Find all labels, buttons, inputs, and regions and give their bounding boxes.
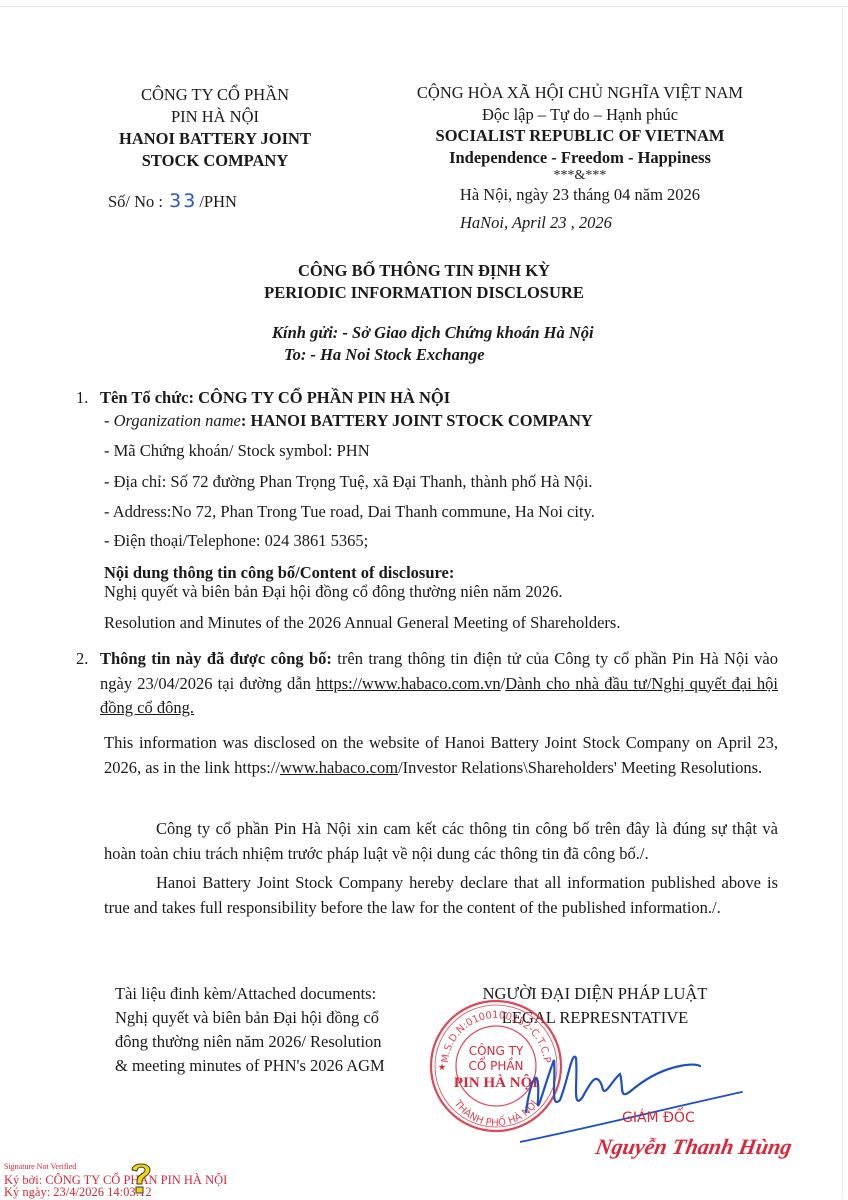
org-label: Tên Tổ chức: [100,388,194,407]
recipient-en-label: To: - [284,345,316,364]
org-name-en: - Organization name: HANOI BATTERY JOINT… [104,409,593,433]
attached-documents: Tài liệu đinh kèm/Attached documents: Ng… [115,982,395,1078]
svg-text:CÔNG TY: CÔNG TY [469,1043,524,1058]
org-name-vn: Tên Tổ chức: CÔNG TY CỔ PHẦN PIN HÀ NỘI [100,386,450,410]
page-top-edge [0,6,848,7]
title-vn: CÔNG BỐ THÔNG TIN ĐỊNH KỲ [0,260,848,282]
commitment-en: Hanoi Battery Joint Stock Company hereby… [104,871,778,920]
content-en: Resolution and Minutes of the 2026 Annua… [104,611,620,635]
website-link[interactable]: https://www.habaco.com.vn [316,674,501,693]
doc-no-suffix: /PHN [199,192,237,211]
section-1-number: 1. [76,388,88,408]
company-name-vn-1: CÔNG TY CỔ PHẦN [100,84,330,106]
document-number: Số/ No : 33/PHN [108,190,237,212]
section-2-label: Thông tin này đã được công bố: [100,649,332,668]
signature-status: Signature Not Verified [4,1162,76,1171]
address-en: - Address:No 72, Phan Trong Tue road, Da… [104,500,595,524]
commitment-vn: Công ty cổ phần Pin Hà Nội xin cam kết c… [104,817,778,866]
date-en: HaNoi, April 23 , 2026 [460,213,612,233]
motto-vn: Độc lập – Tự do – Hạnh phúc [370,104,790,126]
company-header: CÔNG TY CỔ PHẦN PIN HÀ NỘI HANOI BATTERY… [100,84,330,172]
stock-symbol: - Mã Chứng khoán/ Stock symbol: PHN [104,439,370,463]
recipient-en: To: - Ha Noi Stock Exchange [284,344,485,366]
recipient-vn-label: Kính gửi: - [272,323,348,342]
section-2-number: 2. [76,649,88,669]
director-position: GIÁM ĐỐC [622,1110,695,1126]
doc-no-value: 33 [169,190,197,212]
company-name-en-1: HANOI BATTERY JOINT [100,128,330,150]
section-2-text: Thông tin này đã được công bố: trên tran… [100,647,778,721]
svg-text:CỔ PHẦN: CỔ PHẦN [468,1057,523,1073]
country-name-vn: CỘNG HÒA XÃ HỘI CHỦ NGHĨA VIỆT NAM [370,82,790,104]
content-vn: Nghị quyết và biên bản Đại hội đồng cổ đ… [104,580,563,604]
recipient-en-value: Ha Noi Stock Exchange [320,345,485,364]
website-link-en[interactable]: www.habaco.com [280,758,398,777]
title-en: PERIODIC INFORMATION DISCLOSURE [0,282,848,304]
org-en-label: - Organization name [104,411,241,430]
motto-en: Independence - Freedom - Happiness [370,147,790,169]
doc-no-label: Số/ No : [108,192,163,211]
org-en-value: : HANOI BATTERY JOINT STOCK COMPANY [241,411,593,430]
address-vn: - Địa chỉ: Số 72 đường Phan Trọng Tuệ, x… [104,470,593,494]
page-right-edge [842,8,843,1198]
org-value: CÔNG TY CỔ PHẦN PIN HÀ NỘI [198,388,450,407]
recipient-vn-value: Sở Giao dịch Chứng khoán Hà Nội [352,323,594,342]
recipient-vn: Kính gửi: - Sở Giao dịch Chứng khoán Hà … [272,322,594,344]
director-name: Nguyễn Thanh Hùng [594,1134,794,1160]
section-2-text-en: This information was disclosed on the we… [104,731,778,780]
company-name-vn-2: PIN HÀ NỘI [100,106,330,128]
document-title: CÔNG BỐ THÔNG TIN ĐỊNH KỲ PERIODIC INFOR… [0,260,848,304]
header-separator: ***&*** [370,168,790,184]
question-mark-icon[interactable] [128,1160,154,1196]
svg-text:★: ★ [438,1062,446,1072]
date-vn: Hà Nội, ngày 23 tháng 04 năm 2026 [370,184,790,206]
company-name-en-2: STOCK COMPANY [100,150,330,172]
country-name-en: SOCIALIST REPUBLIC OF VIETNAM [370,125,790,147]
telephone: - Điện thoại/Telephone: 024 3861 5365; [104,529,368,553]
national-header: CỘNG HÒA XÃ HỘI CHỦ NGHĨA VIỆT NAM Độc l… [370,82,790,206]
section-2-en-b: /Investor Relations\Shareholders' Meetin… [398,758,762,777]
